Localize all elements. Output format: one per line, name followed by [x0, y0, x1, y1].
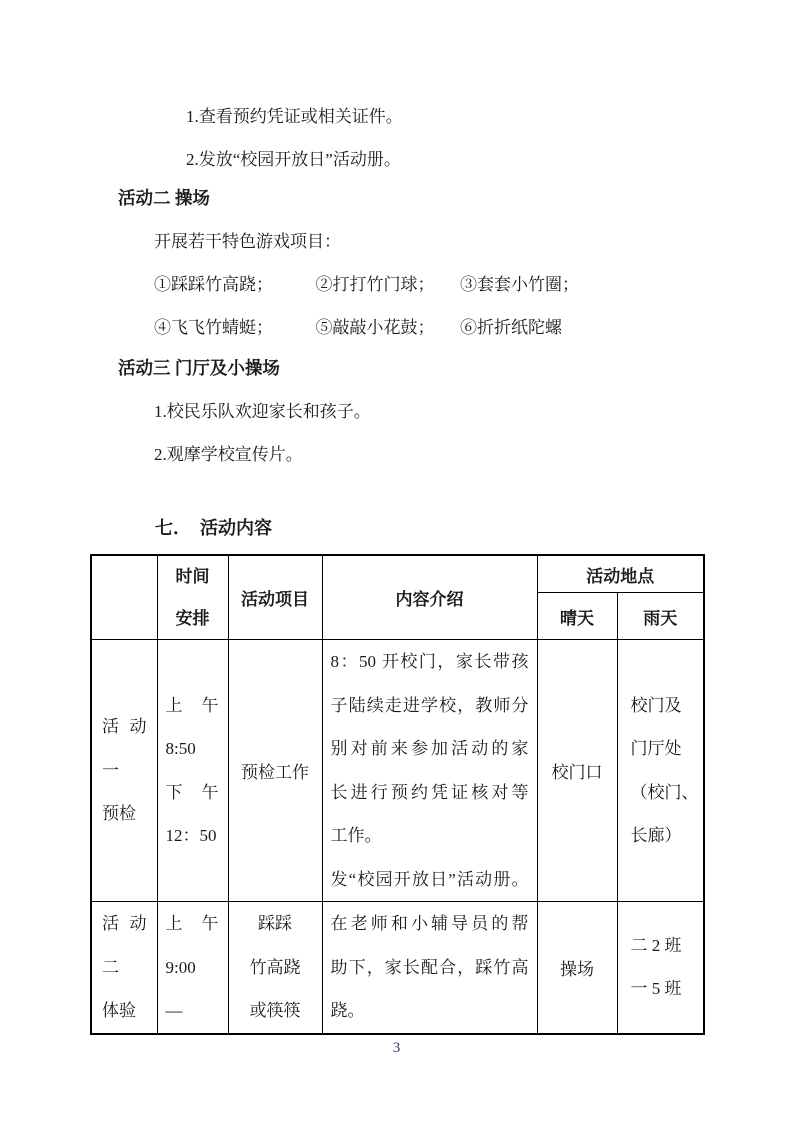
cell-line: 上 午	[158, 902, 228, 946]
header-cell-time: 时间 安排	[157, 555, 228, 640]
header-cell-empty	[91, 555, 157, 640]
cell-line: 在老师和小辅导员的帮	[323, 902, 537, 946]
header-cell-content: 内容介绍	[322, 555, 537, 640]
cell-line: 别对前来参加活动的家	[323, 727, 537, 771]
cell-line: 活 动	[92, 705, 157, 749]
cell-line: 门厅处	[618, 727, 704, 771]
cell-line: 或筷筷	[229, 989, 322, 1033]
activity-schedule-table: 时间 安排 活动项目 内容介绍 活动地点 晴天 雨天 活 动 一 预检 上 午 …	[90, 554, 705, 1035]
cell-line: 12：50	[158, 814, 228, 858]
cell-line: （校门、	[618, 771, 704, 815]
header-time-line: 安排	[158, 598, 228, 640]
cell-line: 发“校园开放日”活动册。	[323, 858, 537, 902]
cell-rainy-location: 校门及 门厅处 （校门、 长廊）	[617, 640, 704, 902]
cell-line: 二	[92, 946, 157, 990]
cell-rainy-location: 二 2 班 一 5 班	[617, 902, 704, 1034]
page-number: 3	[0, 1038, 793, 1058]
cell-line: 踩踩	[229, 902, 322, 946]
cell-line: 8:50	[158, 727, 228, 771]
cell-line: 长廊）	[618, 814, 704, 858]
table-row: 活 动 二 体验 上 午 9:00 — 踩踩 竹高跷 或筷筷 在老师和小辅导员的…	[91, 902, 704, 1034]
cell-line: 助下，家长配合，踩竹高	[323, 946, 537, 990]
cell-project: 预检工作	[228, 640, 322, 902]
cell-line: 长进行预约凭证核对等	[323, 771, 537, 815]
cell-line: 9:00	[158, 946, 228, 990]
cell-line: 校门及	[618, 684, 704, 728]
games-list-line: ④飞飞竹蜻蜓； ⑤敲敲小花鼓； ⑥折折纸陀螺	[154, 317, 562, 338]
cell-time: 上 午 8:50 下 午 12：50	[157, 640, 228, 902]
cell-project: 踩踩 竹高跷 或筷筷	[228, 902, 322, 1034]
table-header-row: 时间 安排 活动项目 内容介绍 活动地点	[91, 555, 704, 593]
cell-line: 活 动	[92, 902, 157, 946]
cell-time: 上 午 9:00 —	[157, 902, 228, 1034]
cell-line: 下 午	[158, 771, 228, 815]
cell-sunny-location: 操场	[537, 902, 617, 1034]
activity3-heading: 活动三 门厅及小操场	[118, 358, 280, 379]
cell-activity-label: 活 动 二 体验	[91, 902, 157, 1034]
activity3-list-item: 1.校民乐队欢迎家长和孩子。	[154, 401, 371, 422]
cell-line: 子陆续走进学校，教师分	[323, 684, 537, 728]
document-page: 1.查看预约凭证或相关证件。 2.发放“校园开放日”活动册。 活动二 操场 开展…	[0, 0, 793, 1122]
header-time-line: 时间	[158, 556, 228, 598]
activity1-list-item: 2.发放“校园开放日”活动册。	[186, 149, 401, 170]
section-title: 七． 活动内容	[155, 517, 272, 539]
cell-line: 上 午	[158, 684, 228, 728]
header-cell-location: 活动地点	[537, 555, 704, 593]
cell-line: 预检	[92, 792, 157, 836]
cell-line: 一	[92, 749, 157, 793]
cell-line: 跷。	[323, 989, 537, 1033]
cell-sunny-location: 校门口	[537, 640, 617, 902]
cell-content: 在老师和小辅导员的帮 助下，家长配合，踩竹高 跷。	[322, 902, 537, 1034]
activity2-lead-text: 开展若干特色游戏项目：	[154, 231, 341, 252]
cell-activity-label: 活 动 一 预检	[91, 640, 157, 902]
games-list-line: ①踩踩竹高跷； ②打打竹门球； ③套套小竹圈；	[154, 274, 579, 295]
activity2-heading: 活动二 操场	[118, 188, 210, 209]
header-cell-sunny: 晴天	[537, 593, 617, 640]
header-cell-project: 活动项目	[228, 555, 322, 640]
table-row: 活 动 一 预检 上 午 8:50 下 午 12：50 预检工作 8：50 开校…	[91, 640, 704, 902]
cell-content: 8：50 开校门，家长带孩 子陆续走进学校，教师分 别对前来参加活动的家 长进行…	[322, 640, 537, 902]
cell-line: —	[158, 989, 228, 1033]
cell-line: 体验	[92, 989, 157, 1033]
activity1-list-item: 1.查看预约凭证或相关证件。	[186, 106, 403, 127]
cell-line: 二 2 班	[618, 924, 704, 968]
cell-line: 竹高跷	[229, 946, 322, 990]
cell-line: 8：50 开校门，家长带孩	[323, 640, 537, 684]
cell-line: 工作。	[323, 814, 537, 858]
header-cell-rainy: 雨天	[617, 593, 704, 640]
cell-line: 一 5 班	[618, 967, 704, 1011]
activity3-list-item: 2.观摩学校宣传片。	[154, 444, 303, 465]
